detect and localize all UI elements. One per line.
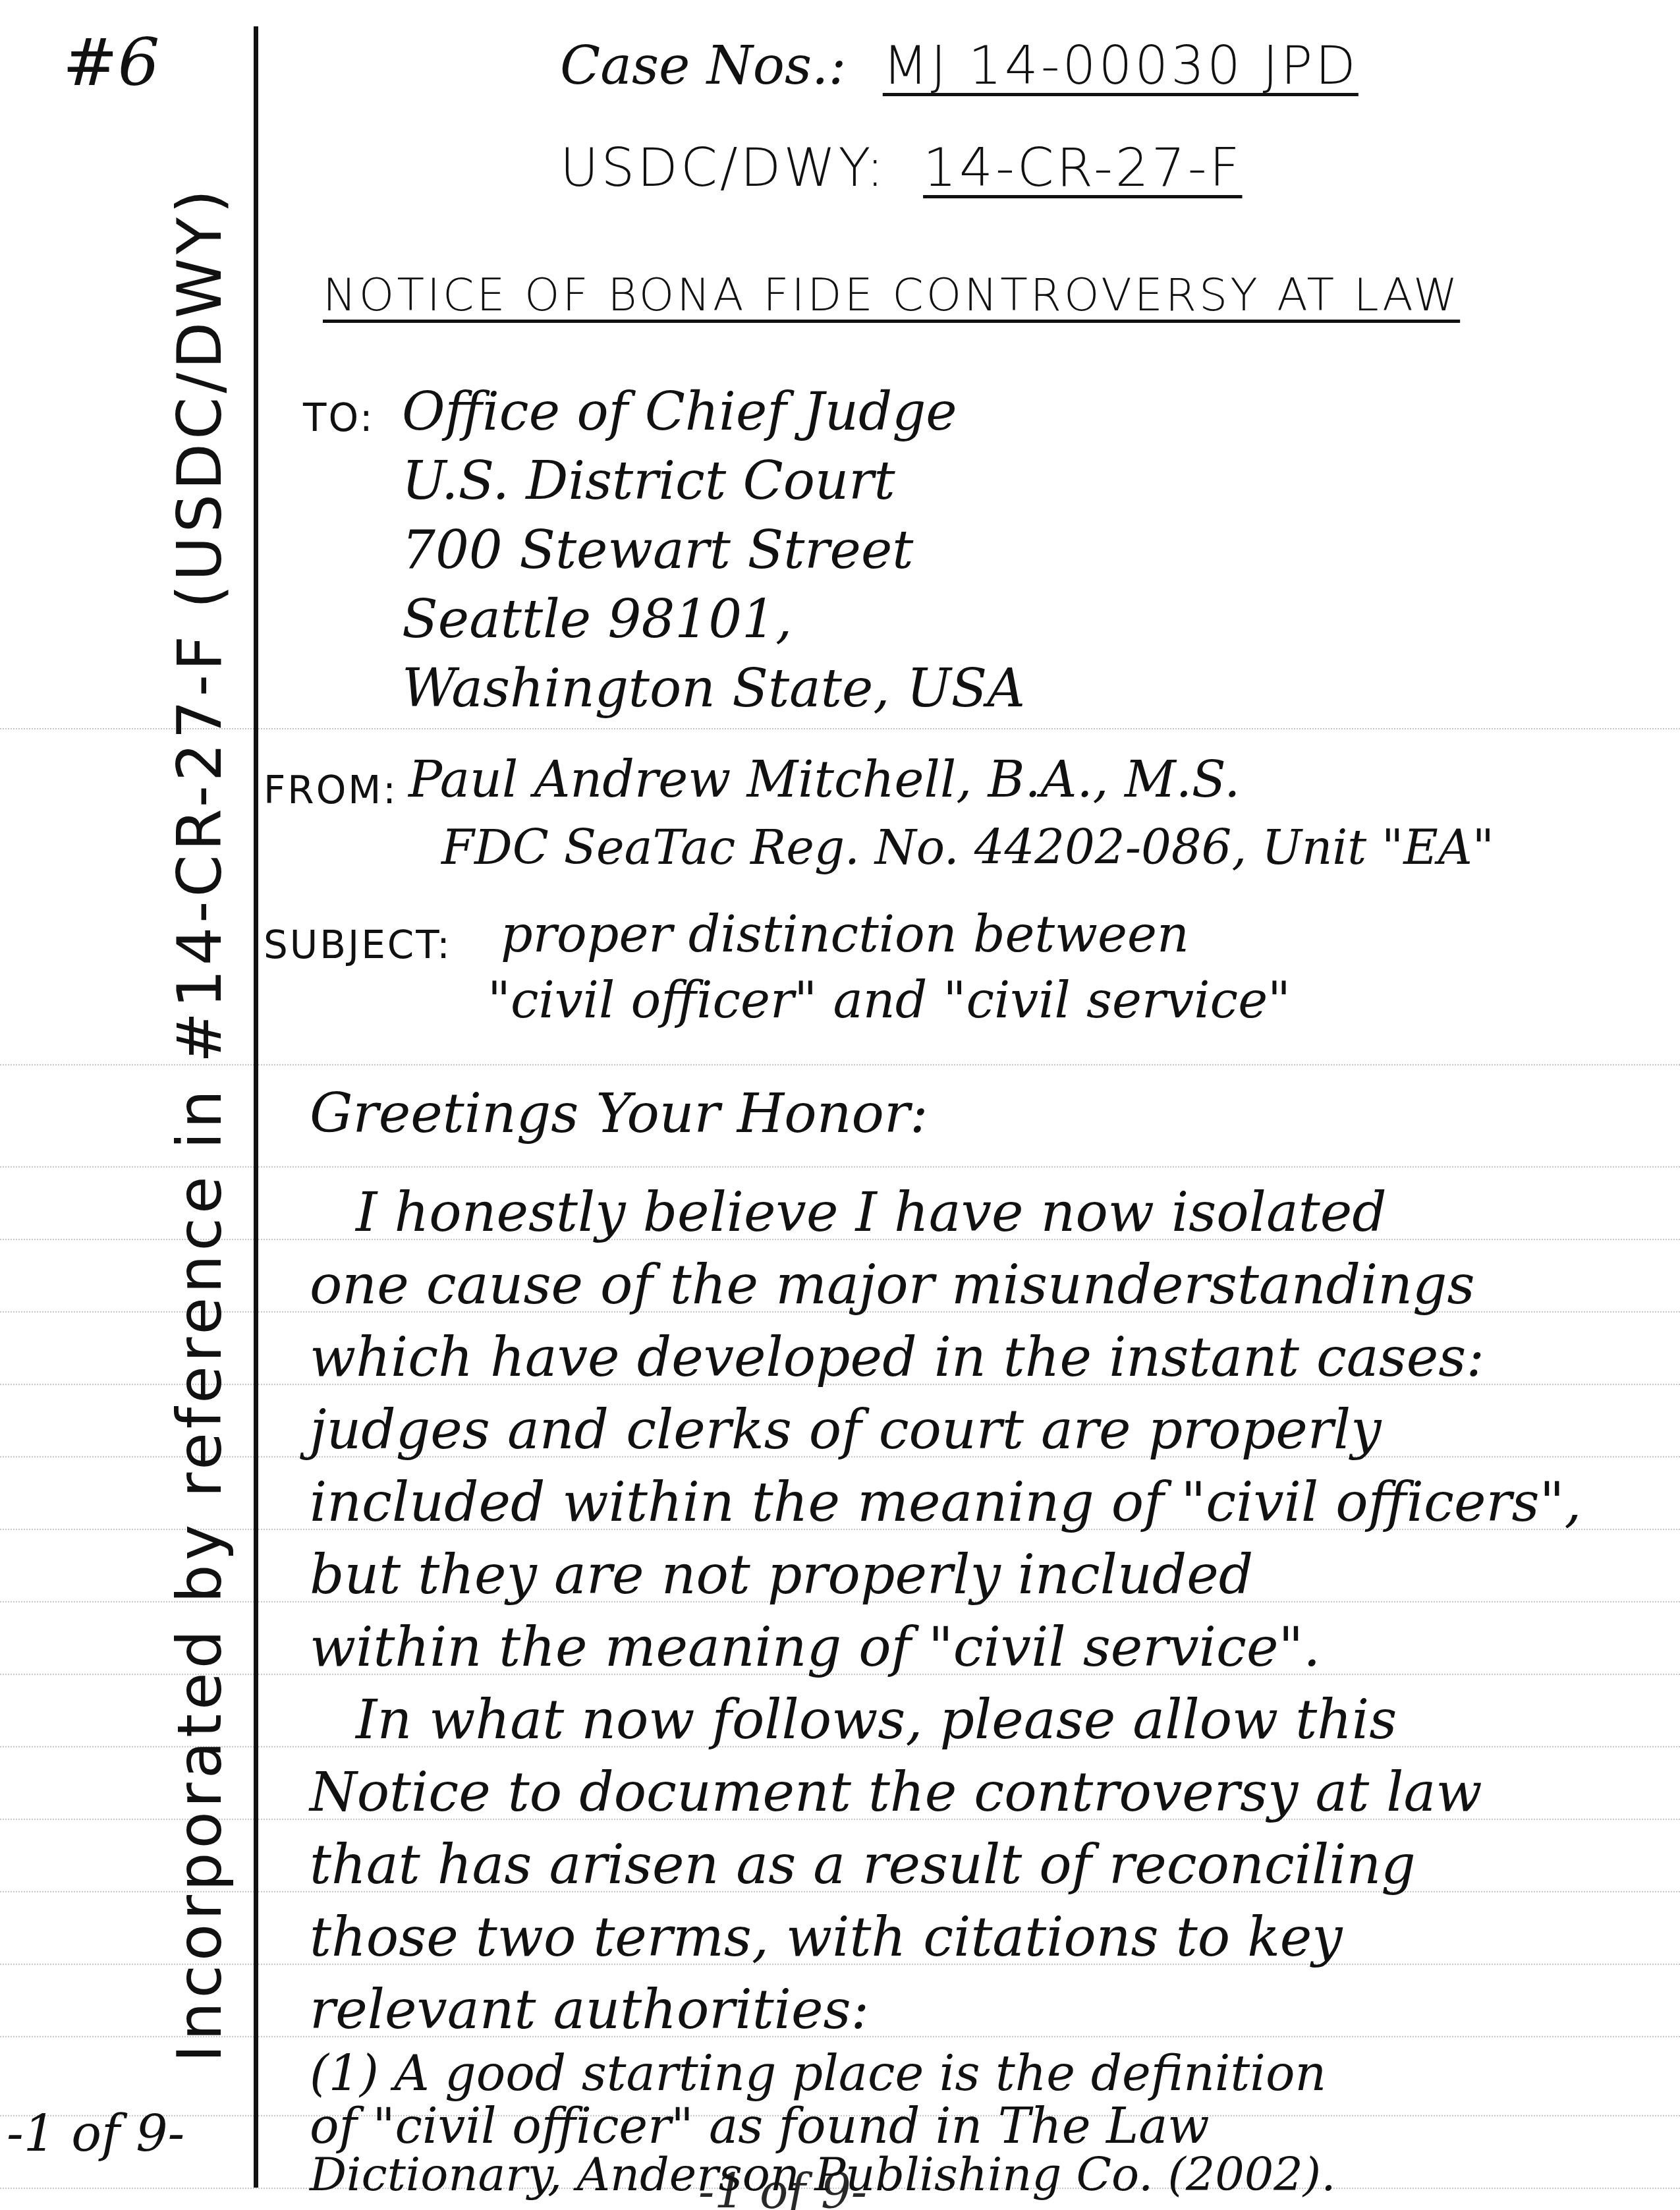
usdc-label: USDC/DWY: [560, 137, 887, 198]
subject-line: proper distinction between [501, 909, 1189, 959]
body-line: judges and clerks of court are properly [310, 1403, 1381, 1458]
from-line: Paul Andrew Mitchell, B.A., M.S. [408, 754, 1240, 805]
exhibit-mark: #6 [63, 30, 159, 96]
to-line: 700 Stewart Street [402, 524, 913, 577]
footer-page-count: -1 of 9- [698, 2168, 867, 2210]
body-line: within the meaning of "civil service". [310, 1621, 1320, 1675]
body-line: included within the meaning of "civil of… [310, 1476, 1581, 1530]
margin-note: Incorporated by reference in #14-CR-27-F… [165, 186, 235, 2062]
to-line: Office of Chief Judge [402, 385, 957, 438]
to-label: TO: [303, 399, 375, 437]
body-line: I honestly believe I have now isolated [356, 1186, 1387, 1240]
body-line: one cause of the major misunderstandings [310, 1259, 1475, 1313]
body-line: that has arisen as a result of reconcili… [310, 1838, 1416, 1892]
from-label: FROM: [264, 771, 398, 809]
case-numbers-line: Case Nos.: MJ 14-00030 JPD [560, 40, 1358, 92]
case-number-value: MJ 14-00030 JPD [883, 35, 1358, 96]
body-line: In what now follows, please allow this [356, 1693, 1397, 1747]
item-1-line: of "civil officer" as found in The Law [310, 2102, 1210, 2151]
ruled-line [0, 1064, 1680, 1065]
body-line: relevant authorities: [310, 1983, 869, 2037]
to-line: U.S. District Court [402, 455, 895, 507]
subject-line: "civil officer" and "civil service" [488, 975, 1291, 1025]
body-line: Notice to document the controversy at la… [310, 1766, 1482, 1820]
usdc-line: USDC/DWY: 14-CR-27-F [560, 142, 1243, 194]
salutation: Greetings Your Honor: [310, 1087, 928, 1141]
document-page: #6 Incorporated by reference in #14-CR-2… [0, 0, 1680, 2210]
document-title: NOTICE OF BONA FIDE CONTROVERSY AT LAW [323, 273, 1460, 318]
case-numbers-label: Case Nos.: [560, 35, 846, 96]
left-page-count: -1 of 9- [7, 2109, 184, 2159]
body-line: those two terms, with citations to key [310, 1911, 1343, 1965]
from-line: FDC SeaTac Reg. No. 44202-086, Unit "EA" [441, 824, 1494, 871]
body-line: which have developed in the instant case… [310, 1331, 1484, 1385]
to-line: Seattle 98101, [402, 593, 792, 646]
item-1-line: (1) A good starting place is the definit… [310, 2049, 1326, 2098]
subject-label: SUBJECT: [264, 926, 452, 964]
margin-line [254, 26, 258, 2188]
to-line: Washington State, USA [402, 662, 1025, 715]
usdc-case-value: 14-CR-27-F [923, 137, 1242, 198]
ruled-line [0, 1166, 1680, 1168]
ruled-line [0, 728, 1680, 729]
body-line: but they are not properly included [310, 1548, 1253, 1602]
